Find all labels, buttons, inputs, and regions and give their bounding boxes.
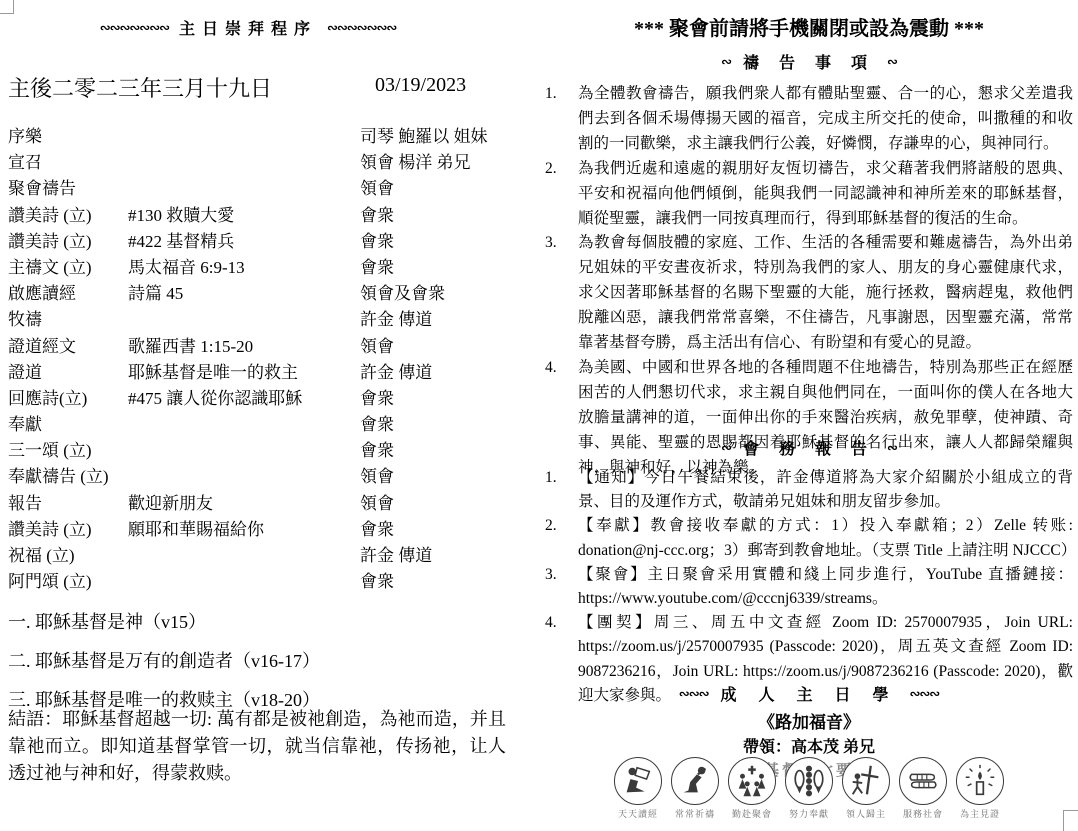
outline-point: 二. 耶穌基督是万有的創造者（v16-17） [8, 647, 508, 673]
attend-meeting-icon [728, 757, 776, 805]
phone-silence-notice: *** 聚會前請將手機關閉或設為震動 *** [545, 12, 1073, 41]
program-row: 回應詩(立)#475 讓人從你認識耶穌會衆 [8, 384, 498, 410]
prayer-item: 3.為教會每個肢體的家庭、工作、生活的各種需要和難處禱告，為外出弟兄姐妹的平安晝… [545, 231, 1073, 356]
sermon-conclusion: 結語：耶穌基督超越一切: 萬有都是被祂創造，為祂而造，并且靠祂而立。即知道基督掌… [8, 706, 506, 787]
program-row: 宣召領會 楊洋 弟兄 [8, 148, 498, 174]
ornament-left: ∾ [721, 55, 731, 70]
report-item: 2.【奉獻】教會接收奉獻的方式：1）投入奉獻箱；2）Zelle 转账: dona… [545, 514, 1073, 562]
program-row: 牧禱許金 傳道 [8, 305, 498, 331]
essential-badge: 努力奉獻 [783, 757, 835, 820]
lead-people-icon [842, 757, 890, 805]
worship-program-list: 序樂司琴 鮑羅以 姐妹 宣召領會 楊洋 弟兄 聚會禱告領會 讚美詩 (立)#13… [8, 122, 498, 593]
page-boundary-corner-top-left [0, 0, 14, 14]
program-row: 祝福 (立)許金 傳道 [8, 541, 498, 567]
sunday-school-book: 《路加福音》 [545, 708, 1073, 733]
program-row: 讚美詩 (立)願耶和華賜福給你會衆 [8, 515, 498, 541]
ornament-right: ∾∾∾ [910, 687, 940, 702]
offering-icon [785, 757, 833, 805]
essential-badge: 勤赴聚會 [726, 757, 778, 820]
ornament-right: ∾∾∾∾∾∾∾ [327, 21, 396, 36]
ornament-left: ∾ [721, 441, 731, 456]
worship-order-title-row: ∾∾∾∾∾∾∾主日崇拜程序∾∾∾∾∾∾∾ [8, 16, 488, 39]
program-row: 奉獻禱告 (立)領會 [8, 462, 498, 488]
date-row: 主後二零二三年三月十九日 03/19/2023 [8, 72, 488, 103]
essential-badge: 常常祈禱 [669, 757, 721, 820]
program-row: 報告歡迎新朋友領會 [8, 489, 498, 515]
read-bible-icon [614, 757, 662, 805]
program-row: 三一頌 (立)會衆 [8, 436, 498, 462]
report-section-header: ∾會 務 報 告∾ [545, 436, 1073, 459]
program-row: 聚會禱告領會 [8, 174, 498, 200]
program-row: 奉獻會衆 [8, 410, 498, 436]
witness-icon [956, 757, 1004, 805]
page-title: 主日崇拜程序 [179, 21, 317, 38]
ornament-right: ∾ [887, 441, 897, 456]
outline-point: 一. 耶穌基督是神（v15） [8, 608, 508, 634]
report-item: 3.【聚會】主日聚會采用實體和綫上同步進行，YouTube 直播鏈接：https… [545, 563, 1073, 611]
program-row: 啟應讀經詩篇 45領會及會衆 [8, 279, 498, 305]
ornament-left: ∾∾∾ [679, 687, 709, 702]
essential-badge: 天天讀經 [612, 757, 664, 820]
prayer-items-list: 1.為全體教會禱告，願我們衆人都有體貼聖靈、合一的心，懇求父差遣我們去到各個禾場… [545, 82, 1073, 481]
essential-badge: 為主見證 [954, 757, 1006, 820]
program-row: 證道經文歌羅西書 1:15-20領會 [8, 332, 498, 358]
report-item: 1.【通知】今日午餐結束後，許金傳道將為大家介紹關於小組成立的背景、目的及運作方… [545, 466, 1073, 514]
sunday-school-header: ∾∾∾成 人 主 日 學∾∾∾ [545, 682, 1073, 705]
date-chinese: 主後二零二三年三月十九日 [8, 76, 272, 101]
prayer-icon [671, 757, 719, 805]
sunday-school-leader: 帶領：高本茂 弟兄 [545, 734, 1073, 757]
essential-badge: 服務社會 [897, 757, 949, 820]
program-row: 序樂司琴 鮑羅以 姐妹 [8, 122, 498, 148]
serve-society-icon [899, 757, 947, 805]
report-items-list: 1.【通知】今日午餐結束後，許金傳道將為大家介紹關於小組成立的背景、目的及運作方… [545, 466, 1073, 708]
prayer-item: 2.為我們近處和遠處的親朋好友恆切禱告，求父藉著我們將諸般的恩典、平安和祝福向他… [545, 157, 1073, 232]
program-row: 讚美詩 (立)#422 基督精兵會衆 [8, 227, 498, 253]
program-row: 主禱文 (立)馬太福音 6:9-13會衆 [8, 253, 498, 279]
program-row: 讚美詩 (立)#130 救贖大愛會衆 [8, 201, 498, 227]
prayer-section-header: ∾禱 告 事 項∾ [545, 50, 1073, 73]
ornament-left: ∾∾∾∾∾∾∾ [100, 21, 169, 36]
seven-essentials-icons-row: 天天讀經 常常祈禱 [545, 757, 1073, 820]
prayer-item: 1.為全體教會禱告，願我們衆人都有體貼聖靈、合一的心，懇求父差遣我們去到各個禾場… [545, 82, 1073, 157]
program-row: 證道耶穌基督是唯一的救主許金 傳道 [8, 358, 498, 384]
date-numeric: 03/19/2023 [375, 74, 466, 97]
program-row: 阿門頌 (立)會衆 [8, 567, 498, 593]
prayer-item: 4.為美國、中國和世界各地的各種問題不住地禱告，特別為那些正在經歷困苦的人們懇切… [545, 356, 1073, 481]
ornament-right: ∾ [887, 55, 897, 70]
essential-badge: 領人歸主 [840, 757, 892, 820]
